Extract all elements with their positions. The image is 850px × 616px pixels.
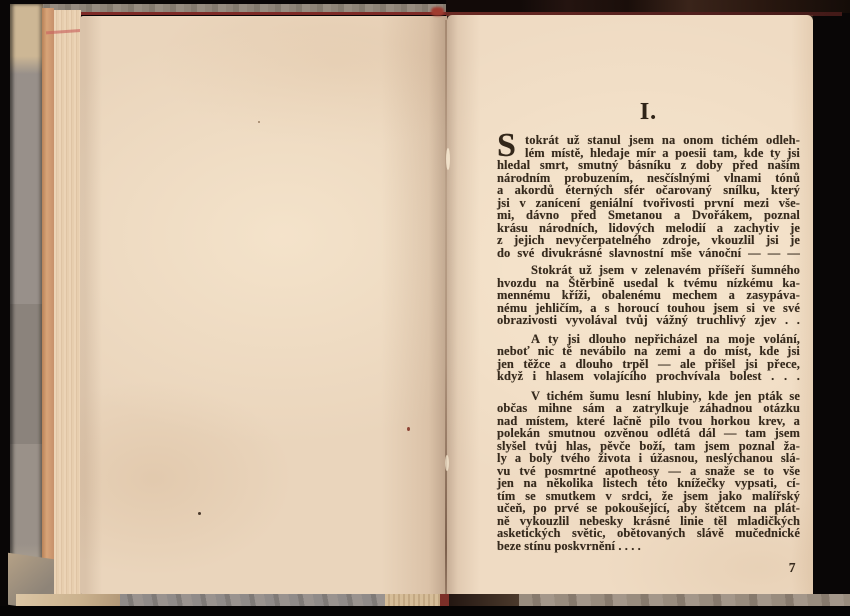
- text-line: asketických světic, obětovaných slávě mu…: [497, 527, 800, 540]
- cover-left-edge: [10, 4, 43, 604]
- fore-edge-salmon-strip: [42, 8, 54, 600]
- text-line: mi, dávno před Smetanou a Dvořákem, pozn…: [497, 209, 800, 222]
- text-line: do své divukrásné slavnostní mše vánoční…: [497, 247, 800, 260]
- gutter-red-stain: [431, 7, 444, 16]
- text-line: občas mihne sám a zatrylkuje záhadnou ot…: [497, 402, 800, 415]
- gutter-dent: [446, 148, 450, 170]
- paper-speck: [198, 512, 201, 515]
- text-line: neboť nic tě nevábilo na zemi a do míst,…: [497, 345, 800, 358]
- text-line: Stokrát už jsem v zelenavém příšeří šumn…: [497, 264, 800, 277]
- chapter-heading: I.: [497, 101, 800, 123]
- text-line: polekán smutnou ozvěnou odlétá dál — tam…: [497, 427, 800, 440]
- gutter-crease: [445, 20, 447, 594]
- text-line: z jejich nevyčerpatelného zdroje, vkouzl…: [497, 234, 800, 247]
- paragraph-2: Stokrát už jsem v zelenavém příšeří šumn…: [497, 264, 800, 327]
- cover-bottom-edge: [0, 606, 850, 616]
- text-line: hledal smrt, smutný básníku z doby před …: [497, 159, 800, 172]
- page-text-block: I. S tokrát už stanul jsem na onom tiché…: [497, 101, 800, 576]
- text-line: beze stínu poskvrnění . . . .: [497, 540, 800, 553]
- text-line: ly a boly tvého života i úžasnou, neslýc…: [497, 452, 800, 465]
- text-line: učeň, po prvé se pokoušející, aby štětce…: [497, 502, 800, 515]
- text-line: tokrát už stanul jsem na onom tichém odl…: [525, 134, 800, 147]
- paper-speck: [407, 427, 410, 431]
- page-edge-stack: [54, 10, 81, 598]
- text-line: mennému kříži, obalenému mechem a zasypá…: [497, 289, 800, 302]
- page-number: 7: [497, 560, 800, 576]
- text-line: obrazivosti vyvolával tvůj vážný truchli…: [497, 314, 800, 327]
- paper-speck: [258, 121, 260, 123]
- text-line: když i hlasem volajícího prochvívala bol…: [497, 370, 800, 383]
- paragraph-1: S tokrát už stanul jsem na onom tichém o…: [497, 134, 800, 259]
- dropcap-letter: S: [497, 132, 516, 159]
- gutter-dent: [445, 455, 449, 471]
- text-line: jen na několika listech této knížečky vy…: [497, 477, 800, 490]
- text-line: a akordů éterných sfér očarovaný snílku,…: [497, 184, 800, 197]
- left-page-blank: [80, 16, 447, 594]
- paragraph-4: V tichém šumu lesní hlubiny, kde jen ptá…: [497, 390, 800, 553]
- paragraph-3: A ty jsi dlouho nepřicházel na moje volá…: [497, 333, 800, 383]
